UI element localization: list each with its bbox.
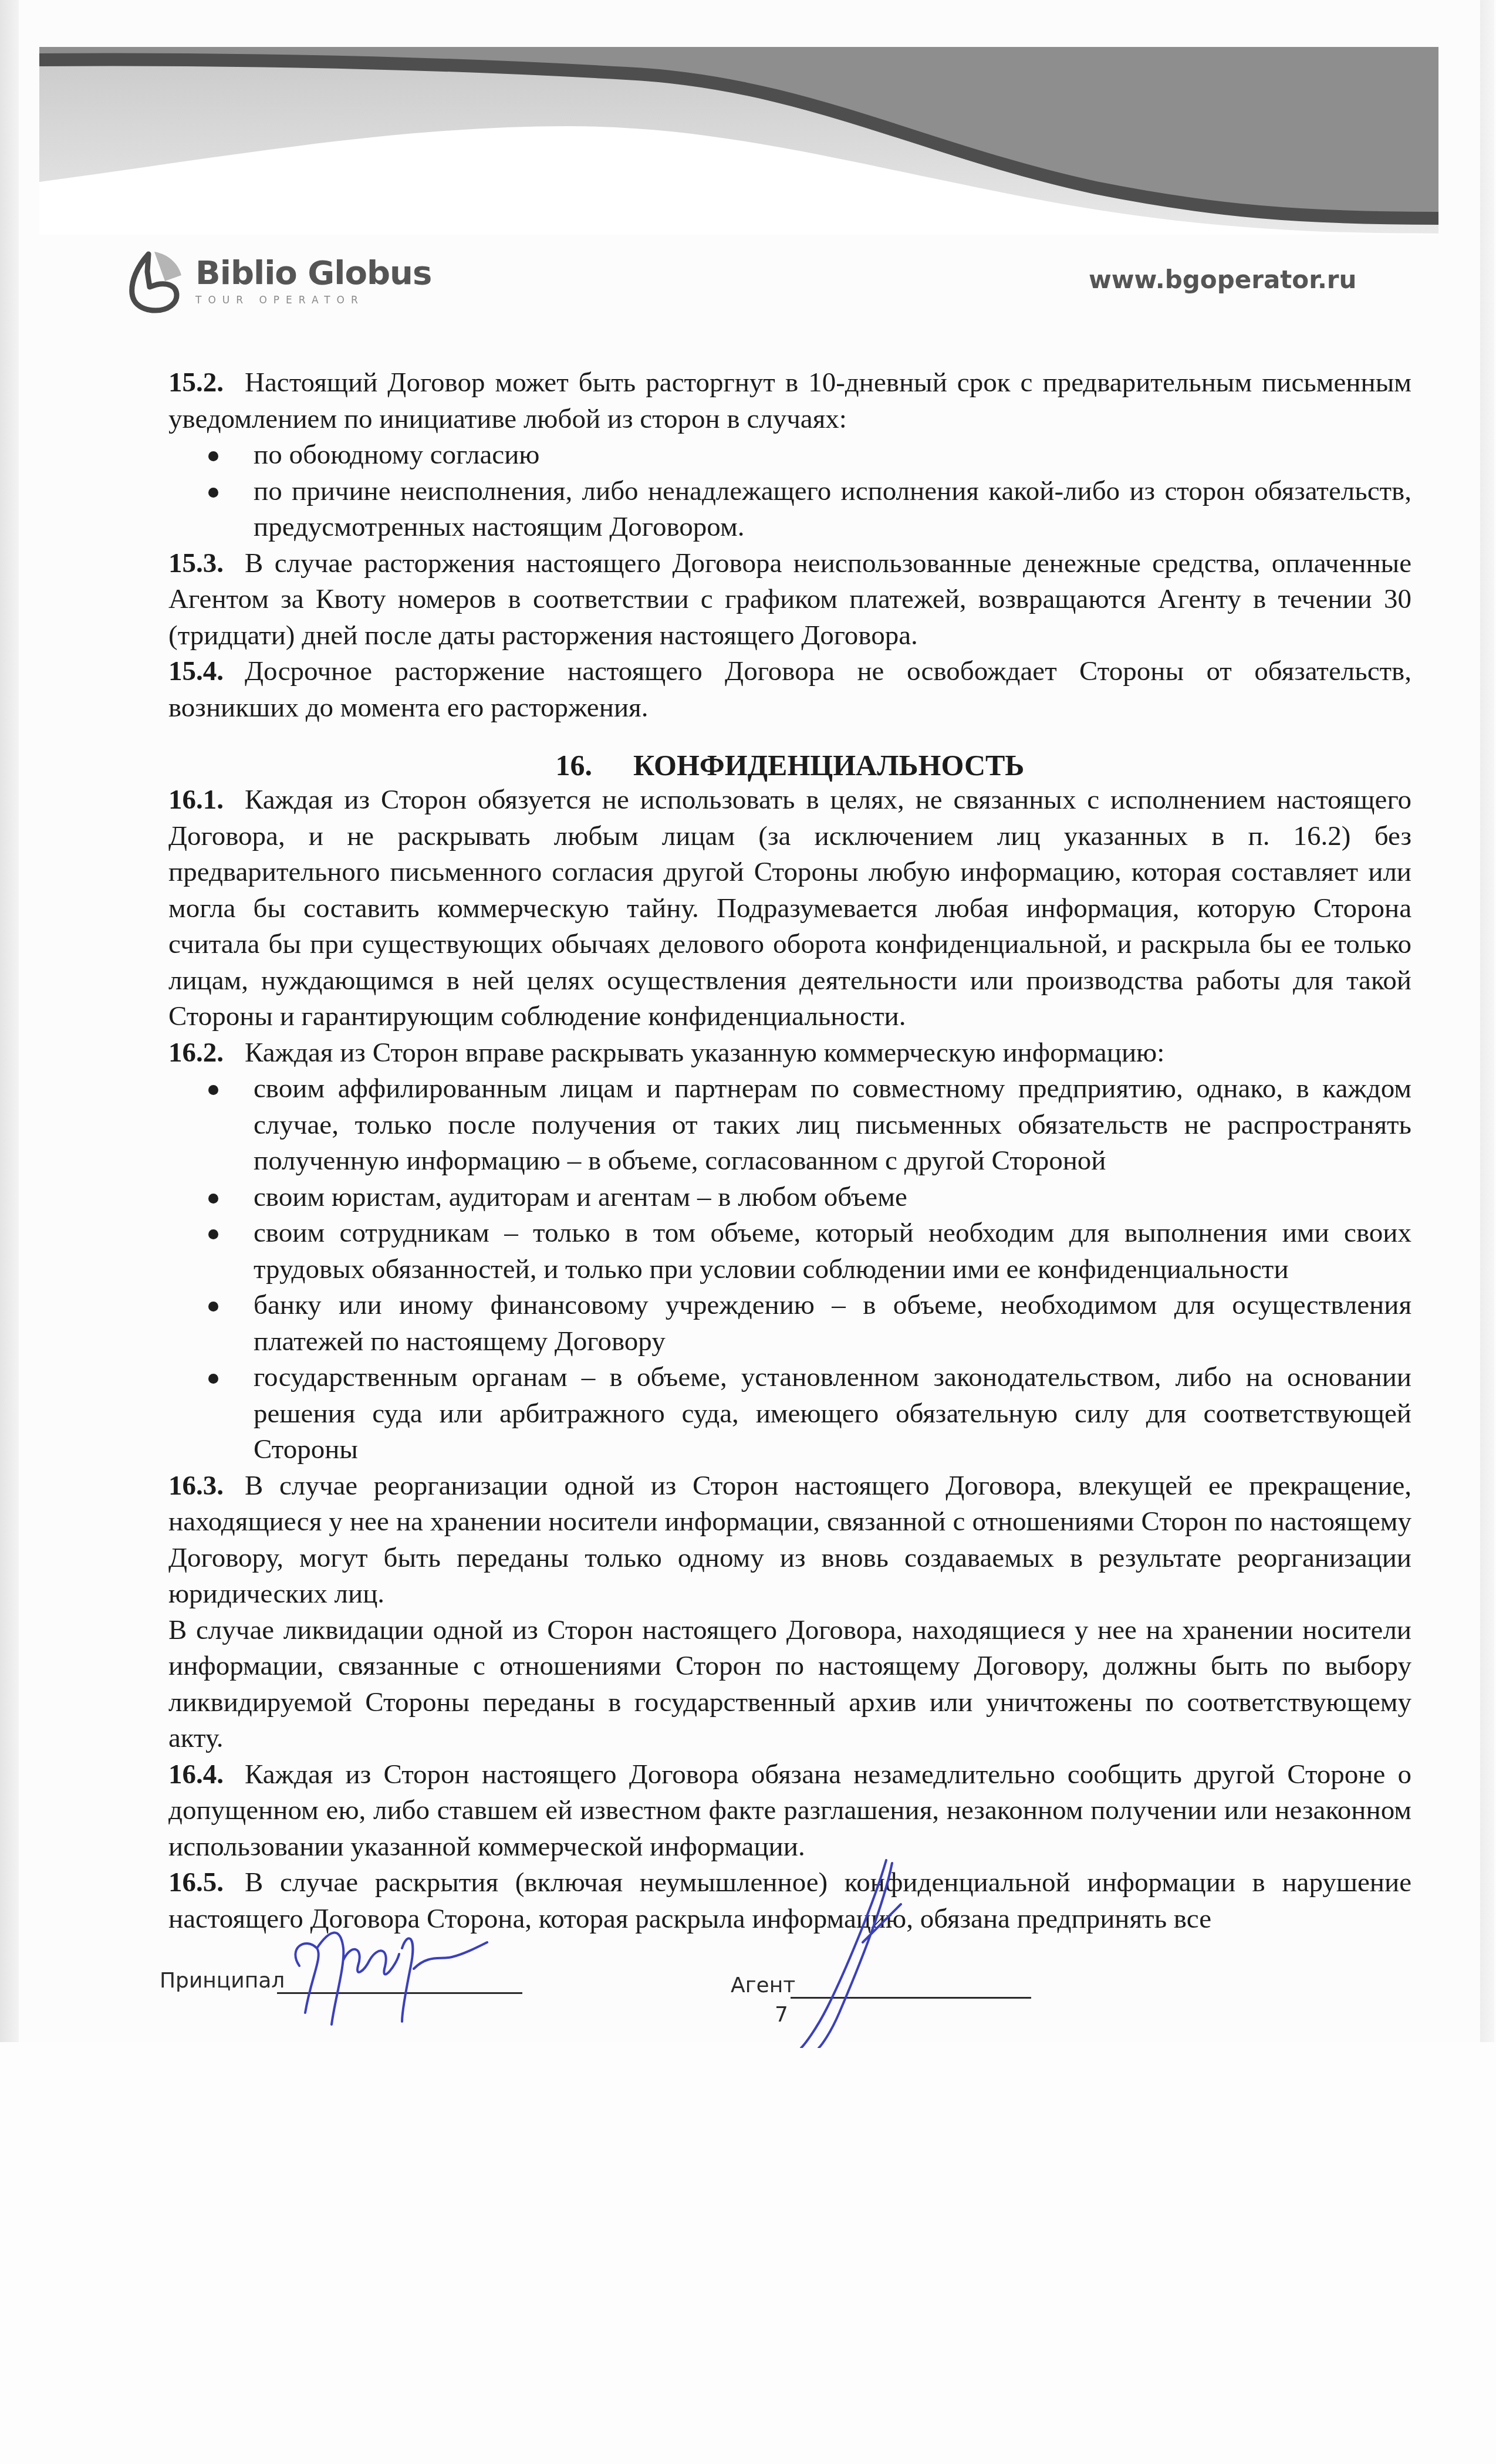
website-url: www.bgoperator.ru: [1089, 265, 1356, 294]
company-logo: Biblio Globus TOUR OPERATOR: [126, 249, 431, 314]
clause-16-1: 16.1.Каждая из Сторон обязуется не испол…: [168, 782, 1411, 1035]
letterhead-wave-banner: [39, 47, 1438, 235]
logo-company-name: Biblio Globus: [195, 256, 431, 291]
clause-number: 15.2.: [168, 365, 245, 401]
list-item: по обоюдному согласию: [168, 437, 1411, 474]
document-body: 15.2.Настоящий Договор может быть растор…: [168, 365, 1411, 1937]
scan-edge-left: [0, 0, 19, 2042]
list-item: государственным органам – в объеме, уста…: [168, 1360, 1411, 1468]
section-heading: 16.КОНФИДЕНЦИАЛЬНОСТЬ: [168, 748, 1411, 782]
clause-16-3-continued: В случае ликвидации одной из Сторон наст…: [168, 1613, 1411, 1757]
clause-text: Каждая из Сторон обязуется не использова…: [168, 785, 1411, 1032]
clause-15-2: 15.2.Настоящий Договор может быть растор…: [168, 365, 1411, 437]
clause-text: В случае раскрытия (включая неумышленное…: [168, 1867, 1411, 1934]
clause-15-2-list: по обоюдному согласию по причине неиспол…: [168, 437, 1411, 546]
scan-edge-right: [1480, 0, 1494, 2042]
clause-16-2: 16.2.Каждая из Сторон вправе раскрывать …: [168, 1035, 1411, 1072]
agent-signature-line: [791, 1997, 1031, 1999]
clause-number: 16.4.: [168, 1757, 245, 1793]
clause-text: В случае расторжения настоящего Договора…: [168, 548, 1411, 651]
list-item: по причине неисполнения, либо ненадлежащ…: [168, 474, 1411, 546]
agent-label: Агент: [731, 1973, 795, 1997]
principal-label: Принципал: [160, 1969, 285, 1993]
list-item: банку или иному финансовому учреждению –…: [168, 1287, 1411, 1360]
clause-number: 16.5.: [168, 1865, 245, 1901]
clause-number: 15.4.: [168, 654, 245, 690]
logo-subtitle: TOUR OPERATOR: [195, 293, 431, 307]
clause-number: 16.2.: [168, 1035, 245, 1072]
biblio-globus-logo-icon: [126, 249, 185, 314]
clause-16-3: 16.3.В случае реорганизации одной из Сто…: [168, 1468, 1411, 1613]
clause-15-3: 15.3.В случае расторжения настоящего Дог…: [168, 546, 1411, 654]
list-item: своим аффилированным лицам и партнерам п…: [168, 1071, 1411, 1179]
clause-16-4: 16.4.Каждая из Сторон настоящего Договор…: [168, 1757, 1411, 1865]
principal-signature-line: [277, 1992, 522, 1994]
scanned-page: Biblio Globus TOUR OPERATOR www.bgoperat…: [0, 0, 1496, 2042]
list-item: своим юристам, аудиторам и агентам – в л…: [168, 1179, 1411, 1216]
signature-footer: Принципал Агент 7: [160, 1969, 1099, 2033]
section-number: 16.: [556, 749, 593, 782]
clause-text: Каждая из Сторон настоящего Договора обя…: [168, 1759, 1411, 1862]
clause-text: В случае реорганизации одной из Сторон н…: [168, 1471, 1411, 1610]
clause-number: 16.1.: [168, 782, 245, 819]
clause-16-2-list: своим аффилированным лицам и партнерам п…: [168, 1071, 1411, 1468]
clause-15-4: 15.4.Досрочное расторжение настоящего До…: [168, 654, 1411, 726]
clause-text: Досрочное расторжение настоящего Договор…: [168, 656, 1411, 723]
clause-number: 16.3.: [168, 1468, 245, 1505]
section-title: КОНФИДЕНЦИАЛЬНОСТЬ: [633, 749, 1024, 782]
page-number: 7: [775, 2003, 788, 2027]
list-item: своим сотрудникам – только в том объеме,…: [168, 1215, 1411, 1287]
clause-text: Каждая из Сторон вправе раскрывать указа…: [245, 1037, 1164, 1068]
clause-number: 15.3.: [168, 546, 245, 582]
clause-16-5: 16.5.В случае раскрытия (включая неумышл…: [168, 1865, 1411, 1937]
clause-text: Настоящий Договор может быть расторгнут …: [168, 367, 1411, 434]
